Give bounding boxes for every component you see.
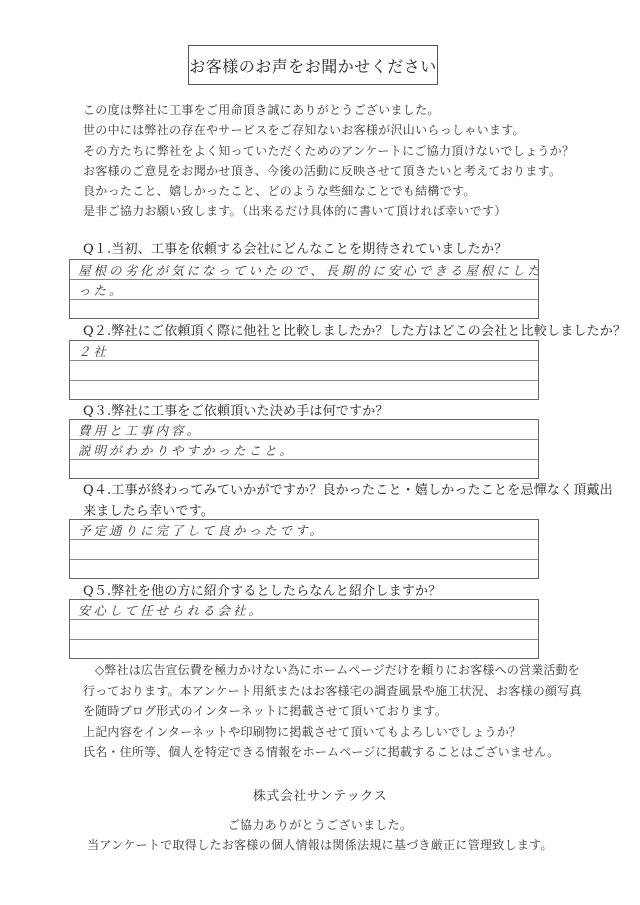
notice-line: 上記内容をインターネットや印刷物に掲載させて頂いてもよろしいでしょうか？ — [83, 722, 603, 743]
question-1-answer-box: 屋根の劣化が気になっていたので、長期的に安心できる屋根にしたか った。 — [69, 259, 539, 319]
question-1-label: Q１.当初、工事を依頼する会社にどんなことを期待されていましたか？ — [83, 238, 507, 257]
footer-text: ご協力ありがとうございました。 当アンケートで取得したお客様の個人情報は関係法規… — [0, 815, 640, 855]
answer-line — [70, 640, 538, 660]
intro-line: この度は弊社に工事をご用命頂き誠にありがとうございました。 — [83, 100, 603, 120]
answer-line: ２社 — [70, 341, 538, 361]
question-3-answer-box: 費用と工事内容。 説明がわかりやすかったこと。 — [69, 419, 539, 479]
answer-line: った。 — [70, 280, 538, 300]
answer-line — [70, 560, 538, 580]
question-2-answer-box: ２社 — [69, 340, 539, 400]
intro-line: 世の中には弊社の存在やサービスをご存知ないお客様が沢山いらっしゃいます。 — [83, 120, 603, 140]
answer-line — [70, 381, 538, 401]
answer-line: 屋根の劣化が気になっていたので、長期的に安心できる屋根にしたか — [70, 260, 538, 280]
company-name: 株式会社サンテックス — [0, 785, 640, 804]
notice-line: を随時ブログ形式のインターネットに掲載させて頂いております。 — [83, 701, 603, 722]
answer-line: 安心して任せられる会社。 — [70, 600, 538, 620]
publication-notice: ◇弊社は広告宣伝費を極力かけない為にホームページだけを頼りにお客様への営業活動を… — [83, 660, 603, 763]
question-5-label: Q５.弊社を他の方に紹介するとしたらなんと紹介しますか？ — [83, 580, 441, 599]
answer-line: 予定通りに完了して良かったです。 — [70, 520, 538, 540]
intro-line: その方たちに弊社をよく知っていただくためのアンケートにご協力頂けないでしょうか？ — [83, 141, 603, 161]
intro-line: 良かったこと、嬉しかったこと、どのような些細なことでも結構です。 — [83, 181, 603, 201]
answer-line — [70, 460, 538, 480]
question-4-label-cont: 来ましたら幸いです。 — [83, 500, 214, 519]
survey-title: お客様のお声をお聞かせください — [188, 45, 438, 85]
notice-line: ◇弊社は広告宣伝費を極力かけない為にホームページだけを頼りにお客様への営業活動を — [83, 660, 603, 681]
answer-line — [70, 620, 538, 640]
notice-line: 行っております。本アンケート用紙またはお客様宅の調査風景や施工状況、お客様の顔写… — [83, 681, 603, 702]
footer-line: 当アンケートで取得したお客様の個人情報は関係法規に基づき厳正に管理致します。 — [0, 835, 640, 855]
intro-line: 是非ご協力お願い致します。（出来るだけ具体的に書いて頂ければ幸いです） — [83, 201, 603, 221]
question-5-answer-box: 安心して任せられる会社。 — [69, 599, 539, 659]
question-2-label: Q２.弊社にご依頼頂く際に他社と比較しましたか？した方はどこの会社と比較しました… — [83, 320, 626, 339]
answer-line — [70, 361, 538, 381]
notice-line: 氏名・住所等、個人を特定できる情報をホームページに掲載することはございません。 — [83, 742, 603, 763]
answer-line — [70, 540, 538, 560]
question-3-label: Q３.弊社に工事をご依頼頂いた決め手は何ですか？ — [83, 400, 389, 419]
answer-line: 説明がわかりやすかったこと。 — [70, 440, 538, 460]
footer-line: ご協力ありがとうございました。 — [0, 815, 640, 835]
question-4-answer-box: 予定通りに完了して良かったです。 — [69, 519, 539, 579]
intro-line: お客様のご意見をお聞かせ頂き、今後の活動に反映させて頂きたいと考えております。 — [83, 161, 603, 181]
answer-line — [70, 300, 538, 320]
question-4-label: Q４.工事が終わってみていかがですか？良かったこと・嬉しかったことを忌憚なく頂戴… — [83, 479, 613, 498]
answer-line: 費用と工事内容。 — [70, 420, 538, 440]
intro-text: この度は弊社に工事をご用命頂き誠にありがとうございました。 世の中には弊社の存在… — [83, 100, 603, 222]
